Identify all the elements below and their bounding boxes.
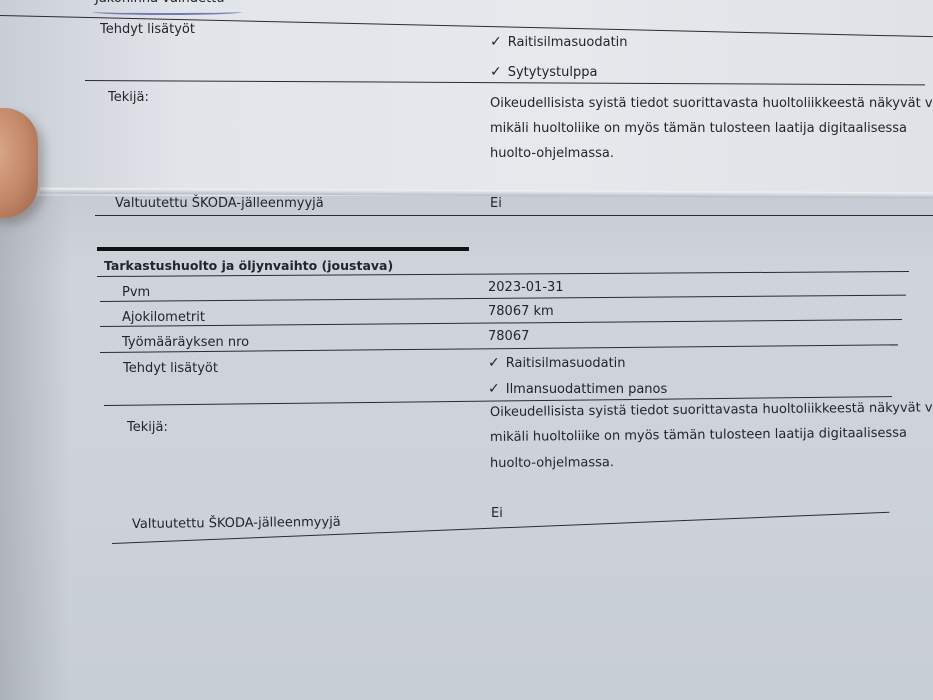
check-icon: ✓	[490, 64, 502, 80]
section-top-rule	[97, 247, 469, 251]
previous-performer-notice-line: Oikeudellisista syistä tiedot suorittava…	[490, 96, 933, 111]
previous-dealer-label: Valtuutettu ŠKODA-jälleenmyyjä	[115, 196, 324, 211]
service-row-label-mileage: Ajokilometrit	[122, 310, 205, 325]
previous-extra-work-label: Tehdyt lisätyöt	[100, 22, 195, 37]
previous-dealer-value: Ei	[490, 196, 502, 211]
previous-performer-notice-line: mikäli huoltoliike on myös tämän tuloste…	[490, 121, 907, 136]
service-extra-work-label: Tehdyt lisätyöt	[123, 361, 218, 376]
check-icon: ✓	[488, 381, 500, 397]
service-row-value-work-order: 78067	[488, 329, 529, 344]
service-extra-work-item: ✓Ilmansuodattimen panos	[488, 381, 667, 397]
service-row-value-date: 2023-01-31	[488, 280, 564, 295]
check-icon: ✓	[490, 34, 502, 50]
previous-extra-work-item: ✓Sytytystulppa	[490, 64, 597, 80]
service-dealer-label: Valtuutettu ŠKODA-jälleenmyyjä	[132, 515, 341, 532]
service-entry-title: Tarkastushuolto ja öljynvaihto (joustava…	[104, 258, 393, 273]
previous-performer-notice-line: huolto-ohjelmassa.	[490, 146, 614, 161]
service-performer-label: Tekijä:	[127, 420, 168, 435]
previous-extra-work-item: ✓Raitisilmasuodatin	[490, 34, 628, 50]
service-dealer-value: Ei	[491, 506, 503, 521]
service-row-label-work-order: Työmääräyksen nro	[122, 335, 249, 350]
pen-underline	[92, 9, 242, 15]
thumb	[0, 108, 38, 218]
service-performer-notice-line: huolto-ohjelmassa.	[490, 455, 614, 471]
service-extra-work-item: ✓Raitisilmasuodatin	[488, 355, 626, 371]
divider	[95, 215, 933, 216]
service-row-label-date: Pvm	[122, 285, 150, 300]
service-row-value-mileage: 78067 km	[488, 304, 554, 319]
previous-entry-heading: Jakohihna vaihdettu	[95, 0, 224, 6]
previous-performer-label: Tekijä:	[108, 90, 149, 105]
check-icon: ✓	[488, 355, 500, 371]
